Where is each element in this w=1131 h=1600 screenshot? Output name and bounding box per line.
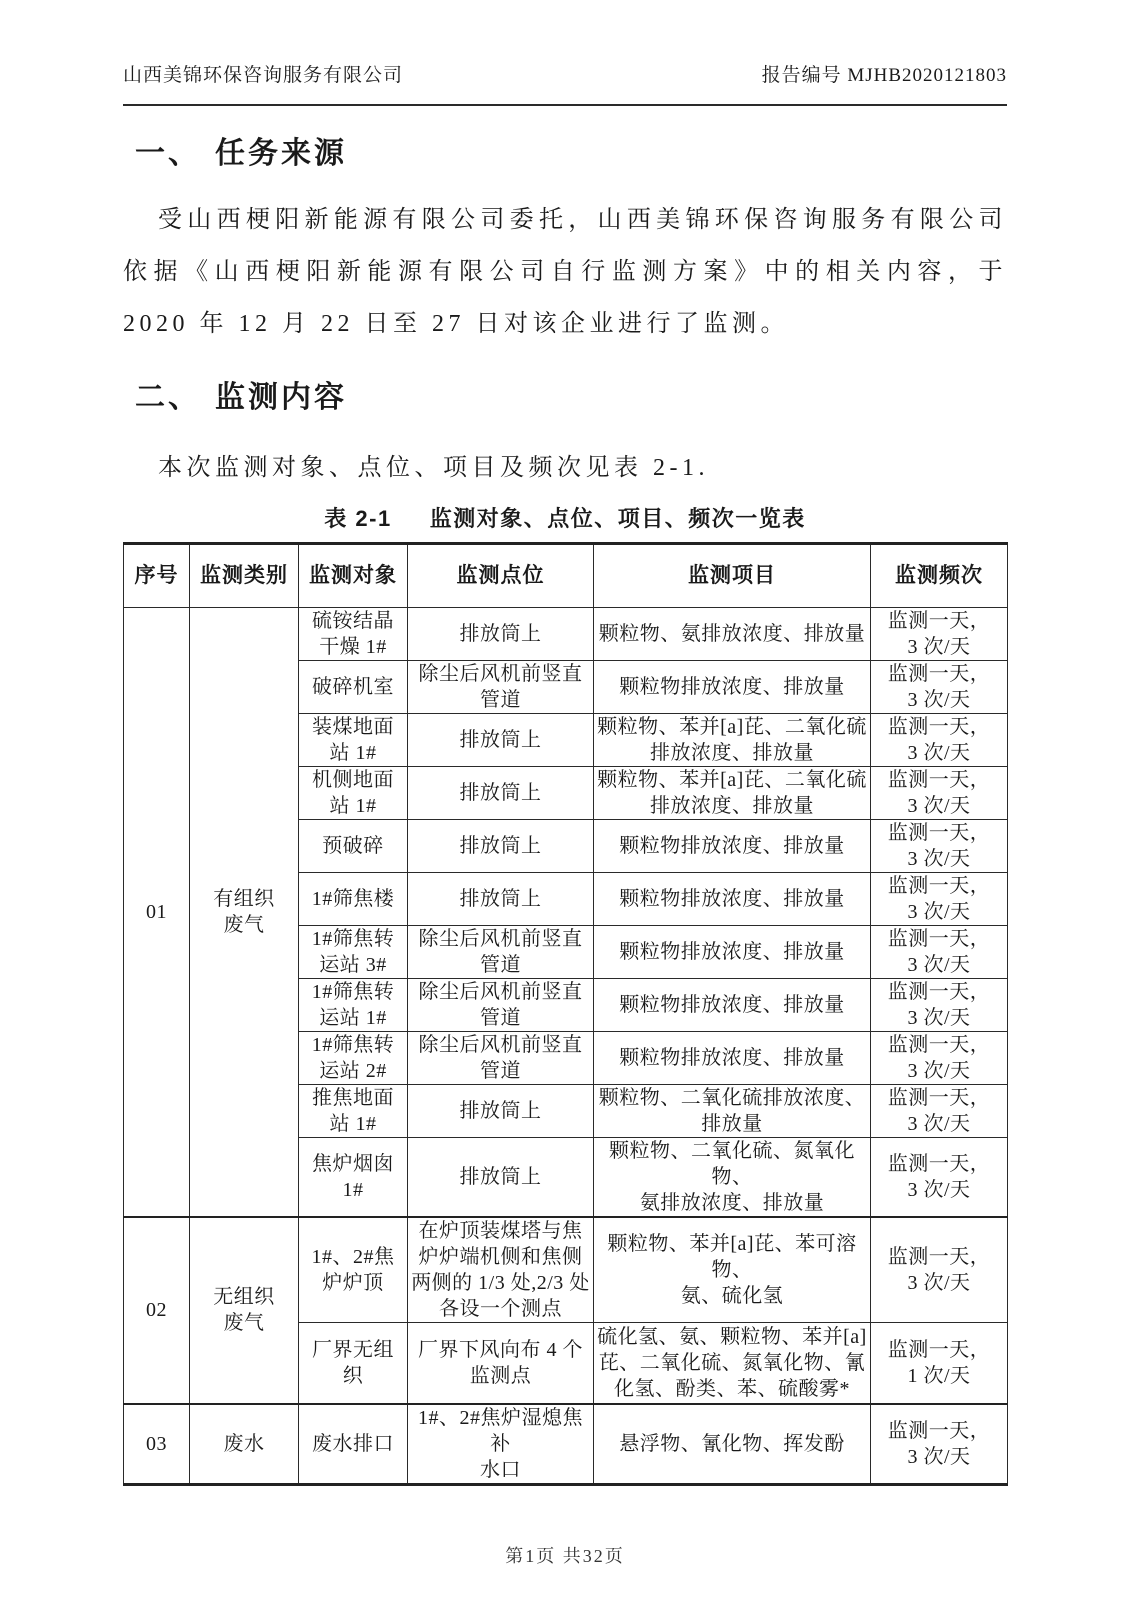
cell-frequency: 监测一天， 3 次/天 <box>871 979 1008 1032</box>
cell-frequency: 监测一天， 3 次/天 <box>871 820 1008 873</box>
section-1-title: 任务来源 <box>215 137 347 170</box>
cell-point: 排放筒上 <box>408 767 594 820</box>
cell-frequency: 监测一天， 3 次/天 <box>871 1217 1008 1323</box>
cell-frequency: 监测一天， 3 次/天 <box>871 1032 1008 1085</box>
cell-point: 厂界下风向布 4 个 监测点 <box>408 1323 594 1404</box>
table-caption-title: 监测对象、点位、项目、频次一览表 <box>430 506 806 531</box>
cell-object: 1#筛焦楼 <box>299 873 408 926</box>
cell-items: 颗粒物、二氧化硫、氮氧化物、 氨排放浓度、排放量 <box>594 1138 871 1218</box>
cell-point: 除尘后风机前竖直 管道 <box>408 926 594 979</box>
cell-frequency: 监测一天， 3 次/天 <box>871 1138 1008 1218</box>
monitoring-table: 序号 监测类别 监测对象 监测点位 监测项目 监测频次 01 有组织 废气 硫铵… <box>123 542 1008 1486</box>
header-company: 山西美锦环保咨询服务有限公司 <box>123 62 403 90</box>
table-row: 01 有组织 废气 硫铵结晶 干燥 1# 排放筒上 颗粒物、氨排放浓度、排放量 … <box>124 608 1008 661</box>
column-header-category: 监测类别 <box>190 544 299 608</box>
cell-object: 厂界无组 织 <box>299 1323 408 1404</box>
cell-point: 排放筒上 <box>408 1138 594 1218</box>
cell-object: 1#筛焦转 运站 2# <box>299 1032 408 1085</box>
table-row: 02 无组织 废气 1#、2#焦 炉炉顶 在炉顶装煤塔与焦 炉炉端机侧和焦侧 两… <box>124 1217 1008 1323</box>
header-divider <box>123 104 1007 106</box>
cell-frequency: 监测一天， 3 次/天 <box>871 1085 1008 1138</box>
cell-items: 颗粒物、二氧化硫排放浓度、 排放量 <box>594 1085 871 1138</box>
cell-point: 排放筒上 <box>408 873 594 926</box>
cell-point: 除尘后风机前竖直 管道 <box>408 1032 594 1085</box>
cell-point: 除尘后风机前竖直 管道 <box>408 979 594 1032</box>
section-1-paragraph: 受山西梗阳新能源有限公司委托，山西美锦环保咨询服务有限公司依据《山西梗阳新能源有… <box>123 194 1007 350</box>
cell-object: 推焦地面 站 1# <box>299 1085 408 1138</box>
cell-items: 颗粒物、苯并[a]芘、二氧化硫 排放浓度、排放量 <box>594 714 871 767</box>
table-caption-label: 表 2-1 <box>324 506 391 531</box>
cell-point: 1#、2#焦炉湿熄焦补 水口 <box>408 1404 594 1485</box>
header-report-number: 报告编号 MJHB2020121803 <box>762 62 1007 90</box>
cell-point: 排放筒上 <box>408 1085 594 1138</box>
cell-group-no: 02 <box>124 1217 190 1404</box>
cell-frequency: 监测一天， 3 次/天 <box>871 1404 1008 1485</box>
cell-group-category: 无组织 废气 <box>190 1217 299 1404</box>
table-caption: 表 2-1监测对象、点位、项目、频次一览表 <box>123 504 1007 534</box>
cell-object: 硫铵结晶 干燥 1# <box>299 608 408 661</box>
cell-items: 颗粒物、苯并[a]芘、苯可溶物、 氨、硫化氢 <box>594 1217 871 1323</box>
cell-point: 在炉顶装煤塔与焦 炉炉端机侧和焦侧 两侧的 1/3 处,2/3 处 各设一个测点 <box>408 1217 594 1323</box>
cell-items: 颗粒物排放浓度、排放量 <box>594 1032 871 1085</box>
cell-items: 颗粒物排放浓度、排放量 <box>594 873 871 926</box>
cell-frequency: 监测一天， 3 次/天 <box>871 714 1008 767</box>
section-2-heading: 二、监测内容 <box>135 382 1007 414</box>
section-2-title: 监测内容 <box>215 381 347 414</box>
cell-items: 颗粒物排放浓度、排放量 <box>594 820 871 873</box>
cell-object: 1#筛焦转 运站 3# <box>299 926 408 979</box>
cell-object: 装煤地面 站 1# <box>299 714 408 767</box>
page-footer: 第1页 共32页 <box>123 1542 1007 1568</box>
cell-object: 废水排口 <box>299 1404 408 1485</box>
column-header-no: 序号 <box>124 544 190 608</box>
column-header-object: 监测对象 <box>299 544 408 608</box>
cell-group-category: 有组织 废气 <box>190 608 299 1218</box>
cell-group-no: 01 <box>124 608 190 1218</box>
cell-object: 1#筛焦转 运站 1# <box>299 979 408 1032</box>
cell-object: 预破碎 <box>299 820 408 873</box>
cell-point: 排放筒上 <box>408 608 594 661</box>
cell-frequency: 监测一天， 3 次/天 <box>871 873 1008 926</box>
column-header-frequency: 监测频次 <box>871 544 1008 608</box>
cell-items: 颗粒物排放浓度、排放量 <box>594 926 871 979</box>
cell-frequency: 监测一天， 3 次/天 <box>871 661 1008 714</box>
cell-frequency: 监测一天， 1 次/天 <box>871 1323 1008 1404</box>
document-page: 山西美锦环保咨询服务有限公司 报告编号 MJHB2020121803 一、任务来… <box>0 0 1131 1600</box>
cell-object: 机侧地面 站 1# <box>299 767 408 820</box>
cell-object: 1#、2#焦 炉炉顶 <box>299 1217 408 1323</box>
cell-items: 颗粒物排放浓度、排放量 <box>594 979 871 1032</box>
cell-frequency: 监测一天， 3 次/天 <box>871 608 1008 661</box>
cell-group-category: 废水 <box>190 1404 299 1485</box>
cell-point: 排放筒上 <box>408 820 594 873</box>
cell-frequency: 监测一天， 3 次/天 <box>871 926 1008 979</box>
column-header-items: 监测项目 <box>594 544 871 608</box>
cell-items: 颗粒物、苯并[a]芘、二氧化硫 排放浓度、排放量 <box>594 767 871 820</box>
section-2-paragraph: 本次监测对象、点位、项目及频次见表 2-1. <box>123 442 1007 494</box>
page-header: 山西美锦环保咨询服务有限公司 报告编号 MJHB2020121803 <box>123 0 1007 90</box>
cell-items: 颗粒物、氨排放浓度、排放量 <box>594 608 871 661</box>
section-1-number: 一、 <box>135 137 201 170</box>
cell-frequency: 监测一天， 3 次/天 <box>871 767 1008 820</box>
cell-object: 焦炉烟囱 1# <box>299 1138 408 1218</box>
cell-point: 排放筒上 <box>408 714 594 767</box>
cell-point: 除尘后风机前竖直 管道 <box>408 661 594 714</box>
table-row: 03 废水 废水排口 1#、2#焦炉湿熄焦补 水口 悬浮物、氰化物、挥发酚 监测… <box>124 1404 1008 1485</box>
section-2-number: 二、 <box>135 381 201 414</box>
cell-group-no: 03 <box>124 1404 190 1485</box>
column-header-point: 监测点位 <box>408 544 594 608</box>
cell-items: 悬浮物、氰化物、挥发酚 <box>594 1404 871 1485</box>
table-header-row: 序号 监测类别 监测对象 监测点位 监测项目 监测频次 <box>124 544 1008 608</box>
cell-items: 颗粒物排放浓度、排放量 <box>594 661 871 714</box>
cell-object: 破碎机室 <box>299 661 408 714</box>
section-1-heading: 一、任务来源 <box>135 138 1007 170</box>
cell-items: 硫化氢、氨、颗粒物、苯并[a] 芘、二氧化硫、氮氧化物、氰 化氢、酚类、苯、硫酸… <box>594 1323 871 1404</box>
